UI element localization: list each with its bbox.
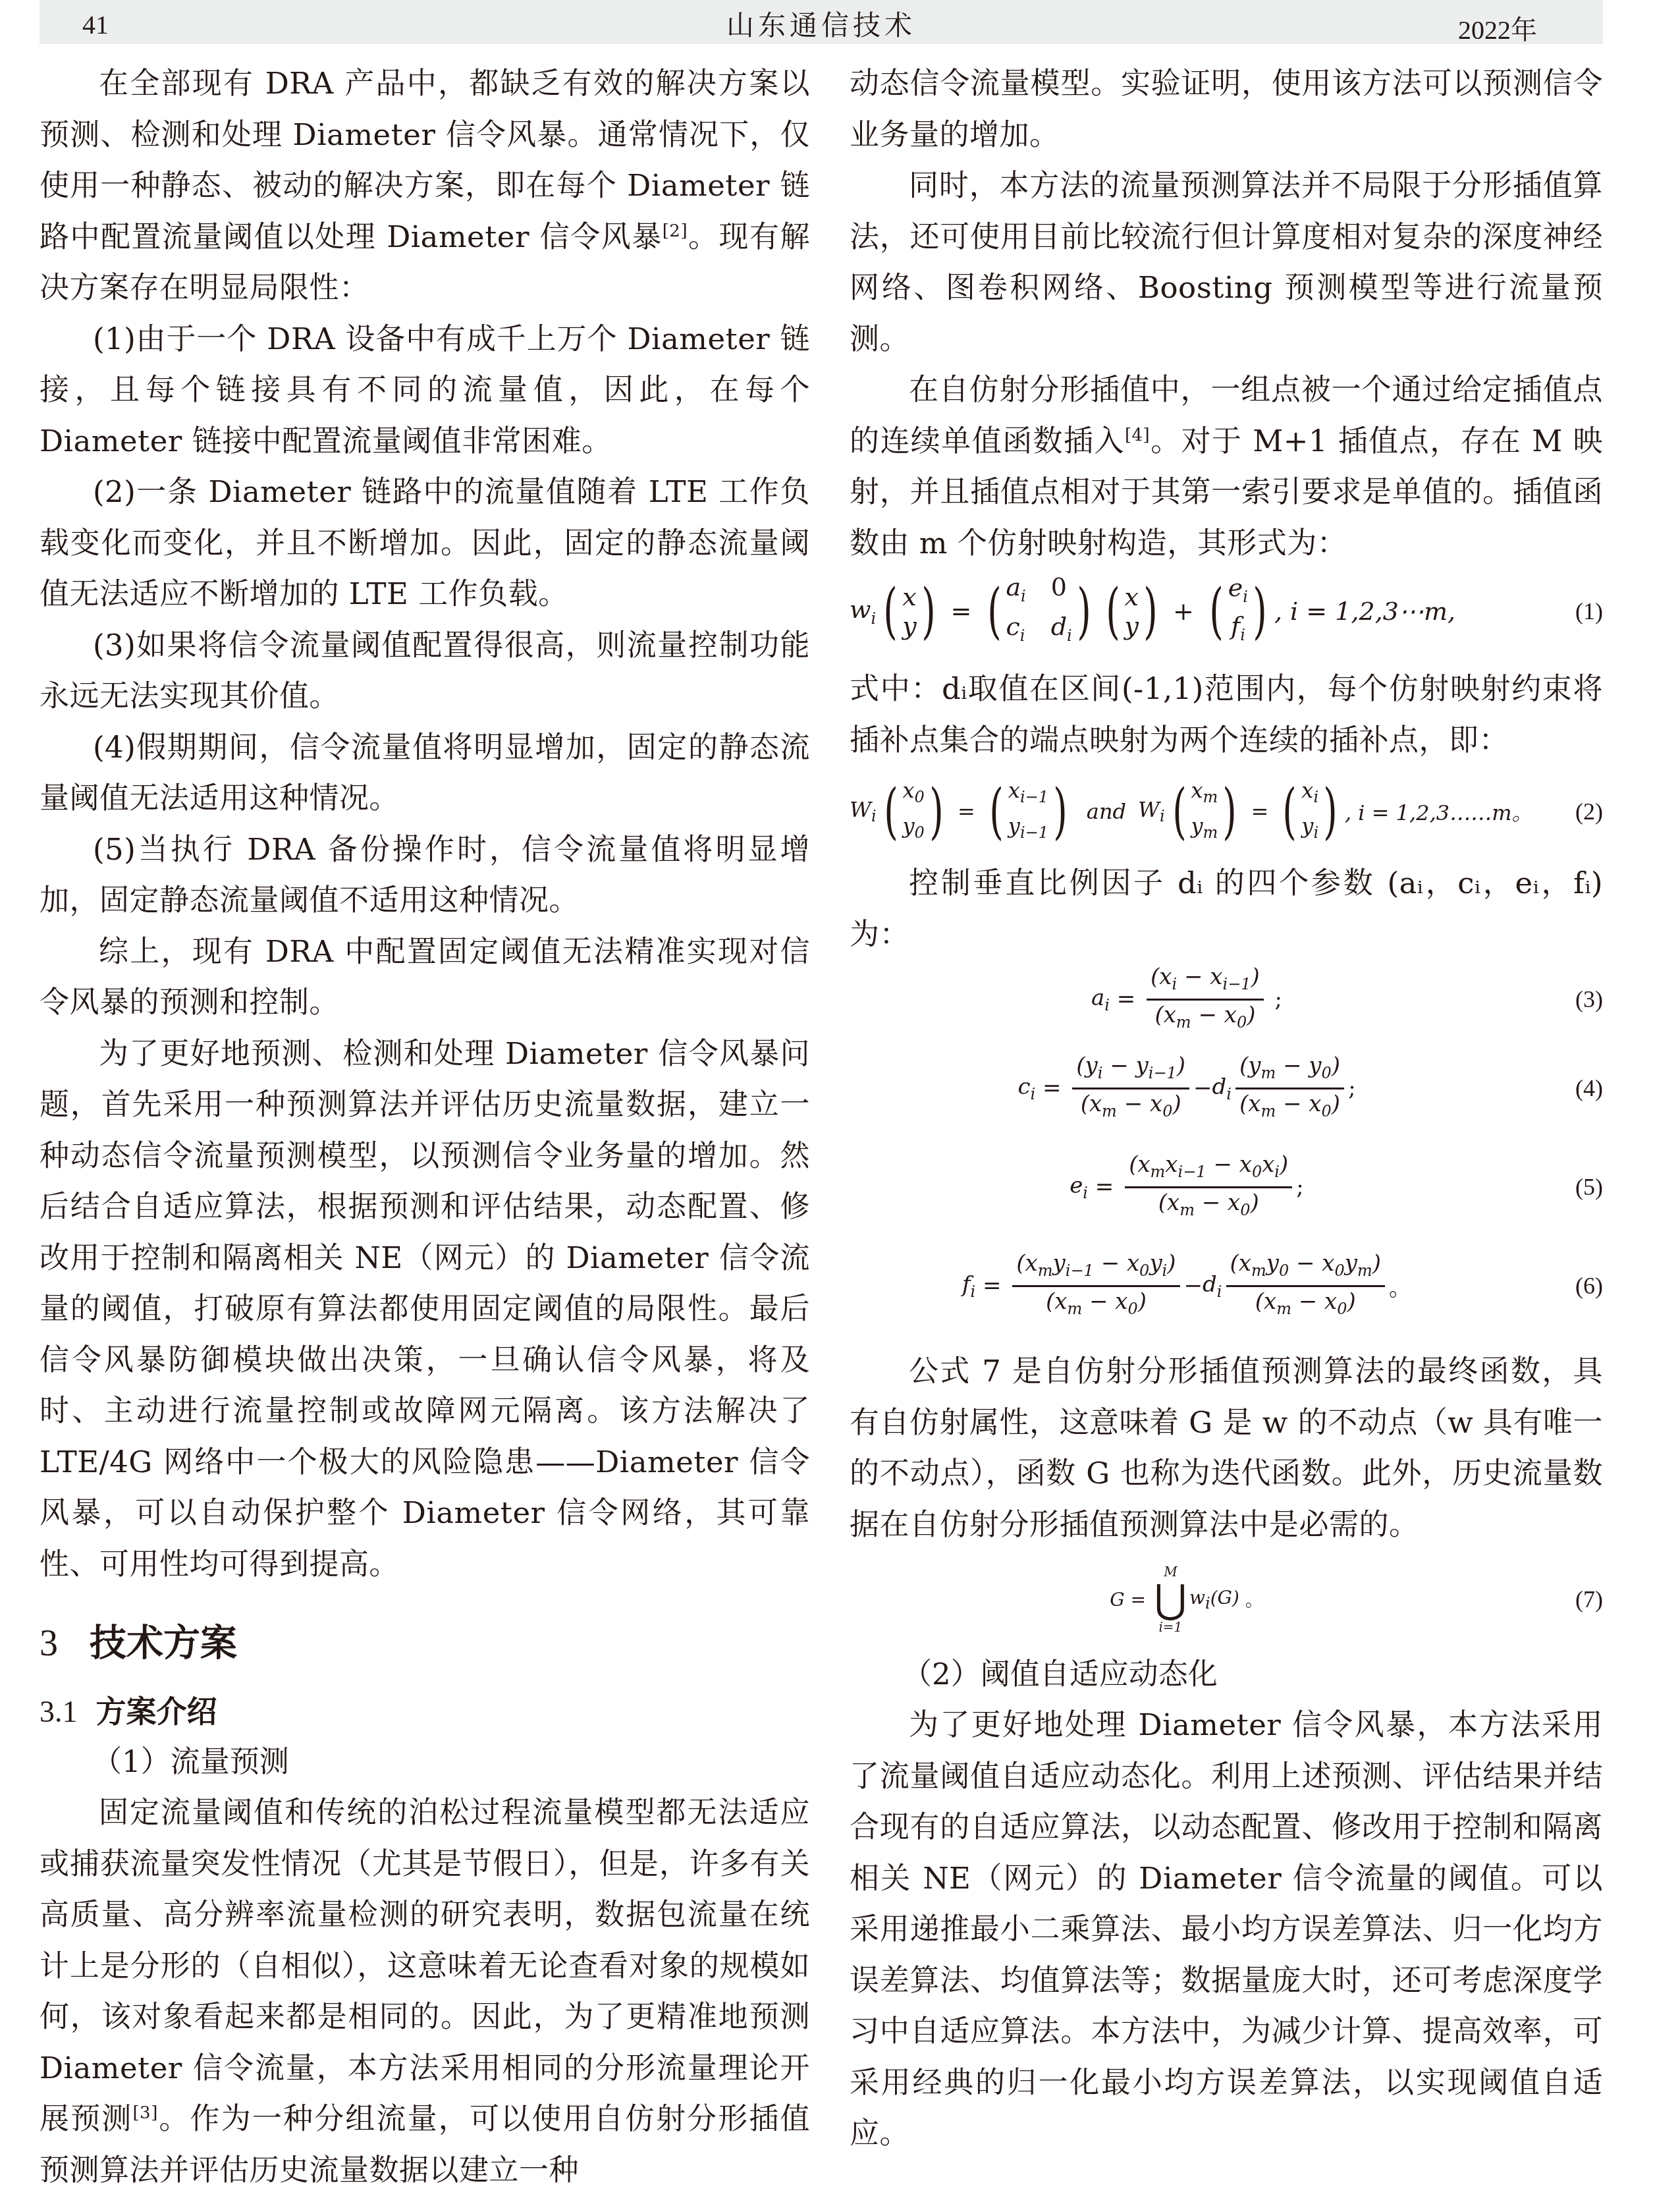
equation-number: (6) (1575, 1272, 1603, 1300)
section-number: 3 (40, 1623, 58, 1664)
equation-3: ai = (xi − xi−1)(xm − x0) ; (3) (850, 960, 1603, 1039)
journal-title: 山东通信技术 (40, 4, 1603, 43)
equation-number: (4) (1575, 1074, 1603, 1102)
equation-body: ei = (xmxi−1 − x0xi)(xm − x0) ; (1070, 1150, 1304, 1225)
section-heading: 3技术方案 (40, 1625, 810, 1662)
right-column: 动态信令流量模型。实验证明，使用该方法可以预测信令业务量的增加。 同时，本方法的… (850, 58, 1603, 2159)
subitem-adaptive-threshold: （2）阈值自适应动态化 (850, 1649, 1603, 1699)
equation-body: ci = (yi − yi−1)(xm − x0) −di (ym − y0)(… (1017, 1051, 1355, 1126)
equation-number: (2) (1575, 798, 1603, 825)
equation-body: fi = (xmyi−1 − x0yi)(xm − x0) −di (xmy0 … (962, 1249, 1411, 1323)
equation-7: G = M⋃i=1 wi(G) 。 (7) (850, 1550, 1603, 1649)
subsection-number: 3.1 (40, 1695, 78, 1728)
subsection-title: 方案介绍 (96, 1694, 217, 1729)
equation-body: ai = (xi − xi−1)(xm − x0) ; (1091, 962, 1282, 1037)
paragraph-intro: 在全部现有 DRA 产品中，都缺乏有效的解决方案以预测、检测和处理 Diamet… (40, 58, 810, 314)
paragraph-constraint: 式中：dᵢ取值在区间(-1,1)范围内，每个仿射映射约束将插补点集合的端点映射为… (850, 663, 1603, 765)
subsection-heading: 3.1方案介绍 (40, 1696, 810, 1727)
left-column: 在全部现有 DRA 产品中，都缺乏有效的解决方案以预测、检测和处理 Diamet… (40, 58, 810, 2195)
union-operator: M⋃i=1 (1154, 1564, 1187, 1635)
paragraph-continued: 动态信令流量模型。实验证明，使用该方法可以预测信令业务量的增加。 (850, 58, 1603, 160)
limitation-item-3: (3)如果将信令流量阈值配置得很高，则流量控制功能永远无法实现其价值。 (40, 620, 810, 722)
equation-number: (7) (1575, 1585, 1603, 1613)
equation-body: wi (xy) = (ai0cidi) (xy) + (eifi) , i = … (850, 572, 1455, 650)
limitation-item-2: (2)一条 Diameter 链路中的流量值随着 LTE 工作负载变化而变化，并… (40, 466, 810, 620)
paragraph-alternatives: 同时，本方法的流量预测算法并不局限于分形插值算法，还可使用目前比较流行但计算度相… (850, 160, 1603, 364)
limitation-item-5: (5)当执行 DRA 备份操作时，信令流量值将明显增加，固定静态流量阈值不适用这… (40, 824, 810, 926)
paragraph-final-function: 公式 7 是自仿射分形插值预测算法的最终函数，具有自仿射属性，这意味着 G 是 … (850, 1346, 1603, 1550)
paragraph-parameters: 控制垂直比例因子 dᵢ 的四个参数 (aᵢ，cᵢ，eᵢ，fᵢ) 为： (850, 858, 1603, 960)
citation-ref: [3] (132, 2103, 157, 2123)
issue-year: 2022年 (1458, 9, 1537, 47)
limitation-item-1: (1)由于一个 DRA 设备中有成千上万个 Diameter 链接，且每个链接具… (40, 314, 810, 467)
equation-1: wi (xy) = (ai0cidi) (xy) + (eifi) , i = … (850, 568, 1603, 654)
equation-number: (3) (1575, 985, 1603, 1013)
limitation-item-4: (4)假期期间，信令流量值将明显增加，固定的静态流量阈值无法适用这种情况。 (40, 722, 810, 824)
equation-2: Wi (x0y0) = (xi−1yi−1) and Wi (xmym) = (… (850, 765, 1603, 858)
equation-body: Wi (x0y0) = (xi−1yi−1) and Wi (xmym) = (… (850, 776, 1533, 848)
running-header: 41 山东通信技术 2022年 (40, 0, 1603, 44)
paragraph-text: 固定流量阈值和传统的泊松过程流量模型都无法适应或捕获流量突发性情况（尤其是节假日… (40, 1795, 810, 2136)
equation-body: G = M⋃i=1 wi(G) 。 (1110, 1564, 1264, 1635)
subitem-traffic-prediction: （1）流量预测 (40, 1736, 810, 1787)
paragraph-adaptive-threshold: 为了更好地处理 Diameter 信令风暴，本方法采用了流量阈值自适应动态化。利… (850, 1699, 1603, 2159)
equation-tail: , i = 1,2,3……m。 (1345, 796, 1533, 827)
paragraph-approach: 为了更好地预测、检测和处理 Diameter 信令风暴问题，首先采用一种预测算法… (40, 1028, 810, 1590)
paragraph-fractal: 在自仿射分形插值中，一组点被一个通过给定插值点的连续单值函数插入[4]。对于 M… (850, 364, 1603, 568)
citation-ref: [2] (663, 221, 688, 241)
equation-tail: , i = 1,2,3⋯m, (1274, 597, 1455, 626)
equation-and: and (1087, 799, 1126, 824)
equation-6: fi = (xmyi−1 − x0yi)(xm − x0) −di (xmy0 … (850, 1236, 1603, 1335)
equation-5: ei = (xmxi−1 − x0xi)(xm − x0) ; (5) (850, 1138, 1603, 1236)
paragraph-summary: 综上，现有 DRA 中配置固定阈值无法精准实现对信令风暴的预测和控制。 (40, 926, 810, 1028)
citation-ref: [4] (1125, 426, 1150, 445)
equation-number: (1) (1575, 597, 1603, 625)
equation-number: (5) (1575, 1173, 1603, 1201)
paragraph-traffic-prediction: 固定流量阈值和传统的泊松过程流量模型都无法适应或捕获流量突发性情况（尤其是节假日… (40, 1787, 810, 2195)
equation-4: ci = (yi − yi−1)(xm − x0) −di (ym − y0)(… (850, 1039, 1603, 1138)
section-title: 技术方案 (90, 1622, 237, 1665)
